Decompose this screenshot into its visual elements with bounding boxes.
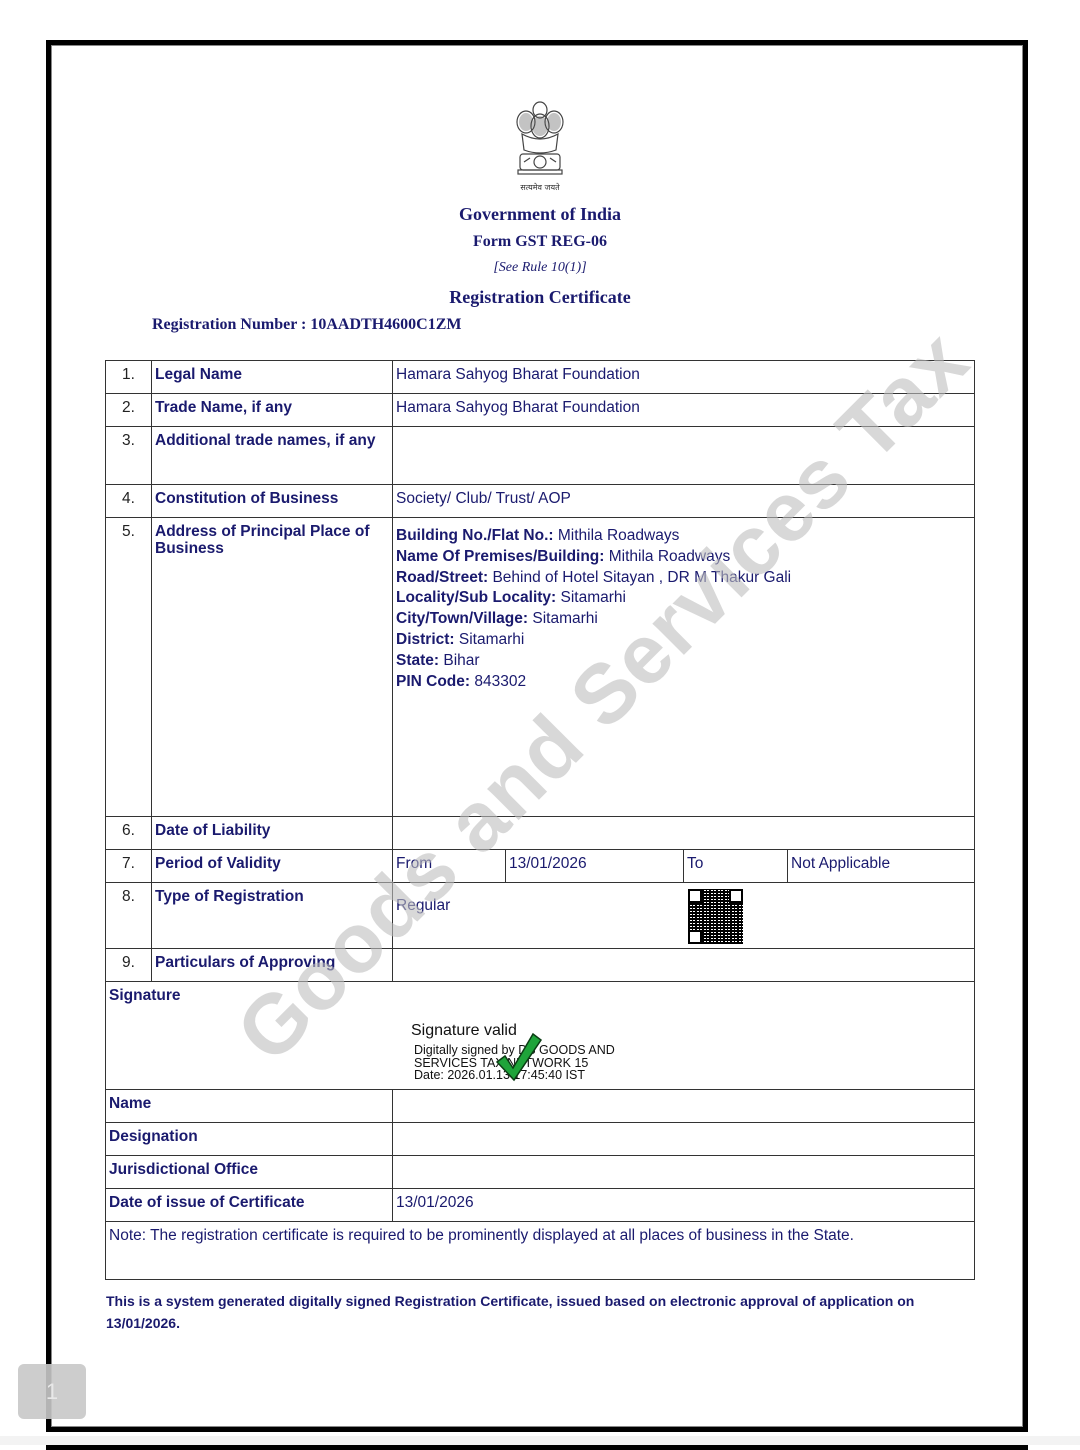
constitution-label: Constitution of Business (152, 485, 393, 518)
display-note: Note: The registration certificate is re… (106, 1222, 975, 1280)
constitution-value: Society/ Club/ Trust/ AOP (393, 485, 975, 518)
table-row: 5. Address of Principal Place of Busines… (106, 518, 975, 817)
rule-reference: [See Rule 10(1)] (0, 260, 1080, 276)
table-row: 6. Date of Liability (106, 817, 975, 850)
officer-name-value (393, 1090, 975, 1123)
form-name: Form GST REG-06 (0, 233, 1080, 251)
emblem-motto: सत्यमेव जयते (0, 182, 1080, 193)
qr-code-icon[interactable] (688, 889, 743, 944)
validity-from-value: 13/01/2026 (506, 850, 684, 883)
table-row: 1. Legal Name Hamara Sahyog Bharat Found… (106, 361, 975, 394)
registration-type: Regular (396, 897, 450, 914)
national-emblem-icon (510, 98, 570, 190)
page-gap (0, 1436, 1080, 1445)
trade-name-value: Hamara Sahyog Bharat Foundation (393, 394, 975, 427)
address-road: Road/Street: Behind of Hotel Sitayan , D… (396, 568, 971, 589)
jurisdictional-office-label: Jurisdictional Office (106, 1156, 393, 1189)
trade-name-label: Trade Name, if any (152, 394, 393, 427)
checkmark-icon (495, 1030, 543, 1084)
table-row: 3. Additional trade names, if any (106, 427, 975, 485)
additional-trade-names-value (393, 427, 975, 485)
type-of-registration-label: Type of Registration (152, 883, 393, 949)
registration-details-table: 1. Legal Name Hamara Sahyog Bharat Found… (105, 360, 975, 1280)
address-locality: Locality/Sub Locality: Sitamarhi (396, 588, 971, 609)
row-number: 6. (106, 817, 152, 850)
address-city: City/Town/Village: Sitamarhi (396, 609, 971, 630)
legal-name-value: Hamara Sahyog Bharat Foundation (393, 361, 975, 394)
certificate-title: Registration Certificate (0, 287, 1080, 308)
row-number: 5. (106, 518, 152, 817)
table-row: Name (106, 1090, 975, 1123)
row-number: 7. (106, 850, 152, 883)
table-row: Designation (106, 1123, 975, 1156)
legal-name-label: Legal Name (152, 361, 393, 394)
row-number: 1. (106, 361, 152, 394)
page-number-badge[interactable]: 1 (18, 1364, 86, 1419)
particulars-of-approving-value (393, 949, 975, 982)
address-label: Address of Principal Place of Business (152, 518, 393, 817)
address-premises: Name Of Premises/Building: Mithila Roadw… (396, 547, 971, 568)
address-pin: PIN Code: 843302 (396, 672, 971, 693)
row-number: 2. (106, 394, 152, 427)
designation-label: Designation (106, 1123, 393, 1156)
particulars-of-approving-label: Particulars of Approving (152, 949, 393, 982)
table-row: 2. Trade Name, if any Hamara Sahyog Bhar… (106, 394, 975, 427)
officer-name-label: Name (106, 1090, 393, 1123)
table-row: Jurisdictional Office (106, 1156, 975, 1189)
validity-to-label: To (684, 850, 788, 883)
validity-to-value: Not Applicable (788, 850, 975, 883)
table-row: Note: The registration certificate is re… (106, 1222, 975, 1280)
table-row: Date of issue of Certificate 13/01/2026 (106, 1189, 975, 1222)
type-of-registration-value: Regular (393, 883, 975, 949)
table-row: 4. Constitution of Business Society/ Clu… (106, 485, 975, 518)
address-district: District: Sitamarhi (396, 630, 971, 651)
registration-number: Registration Number : 10AADTH4600C1ZM (152, 316, 461, 334)
row-number: 8. (106, 883, 152, 949)
row-number: 4. (106, 485, 152, 518)
additional-trade-names-label: Additional trade names, if any (152, 427, 393, 485)
table-row: 9. Particulars of Approving (106, 949, 975, 982)
address-building: Building No./Flat No.: Mithila Roadways (396, 526, 971, 547)
date-of-issue-label: Date of issue of Certificate (106, 1189, 393, 1222)
government-heading: Government of India (0, 204, 1080, 225)
date-of-liability-value (393, 817, 975, 850)
date-of-issue-value: 13/01/2026 (393, 1189, 975, 1222)
table-row: 7. Period of Validity From 13/01/2026 To… (106, 850, 975, 883)
jurisdictional-office-value (393, 1156, 975, 1189)
row-number: 9. (106, 949, 152, 982)
next-page-edge (46, 1445, 1028, 1450)
validity-from-label: From (393, 850, 506, 883)
system-generated-note: This is a system generated digitally sig… (106, 1290, 986, 1334)
table-row: 8. Type of Registration Regular (106, 883, 975, 949)
period-of-validity-label: Period of Validity (152, 850, 393, 883)
date-of-liability-label: Date of Liability (152, 817, 393, 850)
address-state: State: Bihar (396, 651, 971, 672)
designation-value (393, 1123, 975, 1156)
row-number: 3. (106, 427, 152, 485)
address-value: Building No./Flat No.: Mithila Roadways … (393, 518, 975, 817)
